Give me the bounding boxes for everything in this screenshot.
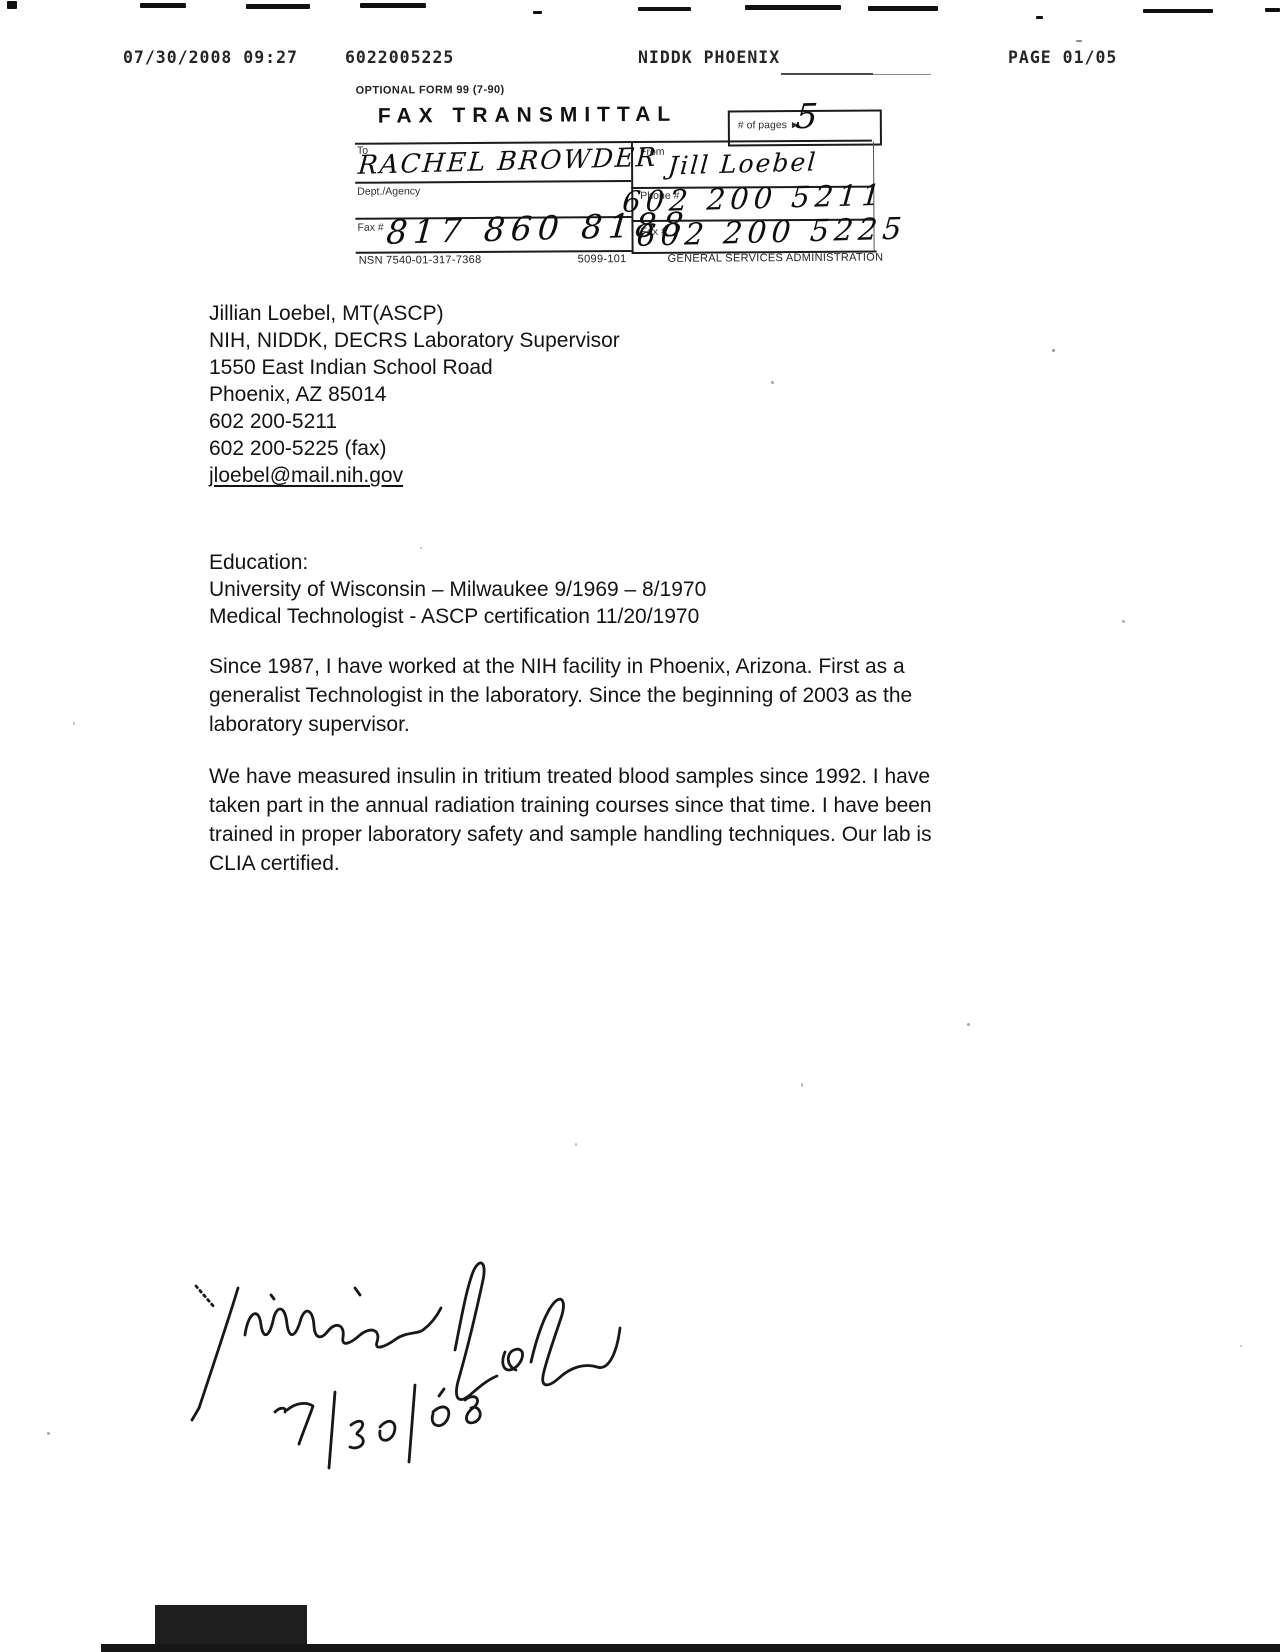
- form-stock-number: 5099-101: [578, 253, 627, 265]
- scan-speck: [1122, 620, 1125, 623]
- education-line: Medical Technologist - ASCP certificatio…: [209, 603, 706, 630]
- signature-stroke: [455, 1263, 497, 1400]
- form-nsn-text: NSN 7540-01-317-7368: [359, 254, 482, 267]
- paragraph-line: trained in proper laboratory safety and …: [209, 820, 932, 849]
- signature-stroke: [439, 1389, 444, 1396]
- contact-line: NIH, NIDDK, DECRS Laboratory Supervisor: [209, 327, 620, 354]
- scanned-fax-document: { "fax_header": { "datetime": "07/30/200…: [0, 0, 1280, 1652]
- paragraph-line: CLIA certified.: [209, 849, 932, 878]
- dept-agency-label: Dept./Agency: [357, 185, 420, 197]
- signature-stroke: [355, 1288, 360, 1295]
- form-border-line: [355, 180, 631, 184]
- form-title: FAX TRANSMITTAL: [378, 103, 678, 129]
- form-agency-text: GENERAL SERVICES ADMINISTRATION: [668, 252, 884, 265]
- signature-stroke: [503, 1349, 523, 1370]
- signature-stroke: [409, 1385, 415, 1462]
- fax-to-label: Fax #: [357, 222, 383, 234]
- fax-transmittal-form: OPTIONAL FORM 99 (7-90) FAX TRANSMITTAL …: [0, 0, 1280, 304]
- signature-stroke: [380, 1421, 395, 1440]
- pages-value-handwritten: 5: [794, 97, 819, 138]
- signature-stroke: [275, 1408, 285, 1412]
- paragraph-line: We have measured insulin in tritium trea…: [209, 762, 932, 791]
- scan-speck: [967, 1023, 970, 1026]
- signature-stroke: [287, 1403, 313, 1444]
- contact-block: Jillian Loebel, MT(ASCP) NIH, NIDDK, DEC…: [209, 300, 620, 489]
- scan-speck: [1240, 1345, 1242, 1347]
- contact-line: 602 200-5225 (fax): [209, 435, 620, 462]
- signature-stroke: [432, 1407, 449, 1426]
- signature-stroke: [245, 1308, 441, 1347]
- contact-line: Phoenix, AZ 85014: [209, 381, 620, 408]
- scan-speck: [1052, 349, 1055, 352]
- paragraph-line: Since 1987, I have worked at the NIH fac…: [209, 652, 912, 681]
- scan-speck: [73, 722, 75, 725]
- form-id-text: OPTIONAL FORM 99 (7-90): [356, 84, 505, 97]
- to-value-handwritten: RACHEL BROWDER: [357, 143, 659, 181]
- paragraph-line: generalist Technologist in the laborator…: [209, 681, 912, 710]
- paragraph-work-history: Since 1987, I have worked at the NIH fac…: [209, 652, 912, 739]
- signature-stroke: [350, 1421, 363, 1448]
- paragraph-lab-experience: We have measured insulin in tritium trea…: [209, 762, 932, 878]
- paragraph-line: taken part in the annual radiation train…: [209, 791, 932, 820]
- signature-stroke: [196, 1286, 215, 1308]
- paragraph-line: laboratory supervisor.: [209, 710, 912, 739]
- scan-artifact-band: [101, 1644, 1280, 1652]
- fax-from-value-handwritten: 602 200 5225: [635, 212, 908, 254]
- signature-stroke: [531, 1299, 620, 1385]
- scan-speck: [47, 1432, 50, 1435]
- signature-stroke: [192, 1288, 238, 1420]
- education-line: University of Wisconsin – Milwaukee 9/19…: [209, 576, 706, 603]
- scan-speck: [575, 1143, 577, 1146]
- education-block: Education: University of Wisconsin – Mil…: [209, 549, 706, 630]
- signature-stroke: [329, 1392, 335, 1468]
- email-text: jloebel@mail.nih.gov: [209, 464, 403, 487]
- signature-stroke: [271, 1295, 274, 1299]
- scan-speck: [801, 1083, 803, 1087]
- scan-artifact-block: [155, 1605, 307, 1649]
- education-heading: Education:: [209, 549, 706, 576]
- signature-stroke: [465, 1397, 480, 1423]
- signature-handwriting: [175, 1240, 635, 1490]
- scan-speck: [771, 381, 774, 384]
- signature-date-handwriting: [275, 1385, 480, 1468]
- pages-label: # of pages ►: [738, 119, 800, 131]
- contact-line: Jillian Loebel, MT(ASCP): [209, 300, 620, 327]
- from-value-handwritten: Jill Loebel: [667, 147, 818, 180]
- scan-speck: [420, 547, 422, 549]
- contact-line: 602 200-5211: [209, 408, 620, 435]
- contact-line: 1550 East Indian School Road: [209, 354, 620, 381]
